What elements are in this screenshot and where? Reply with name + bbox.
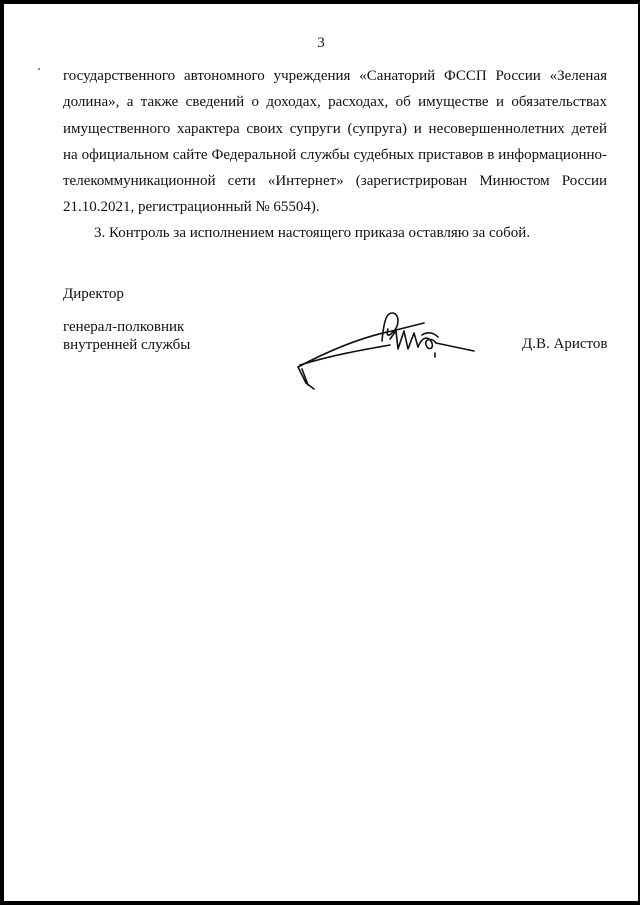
body-line-5: телекоммуникационной сети «Интернет» (за… [63, 172, 607, 190]
signature-rank-line-1: генерал-полковник [63, 318, 184, 336]
body-line-4: на официальном сайте Федеральной службы … [63, 146, 607, 164]
page-number: 3 [4, 35, 638, 52]
signatory-name: Д.В. Аристов [522, 336, 607, 353]
scan-speck [38, 68, 40, 70]
signature-rank-line-2: внутренней службы [63, 336, 190, 354]
body-line-1: государственного автономного учреждения … [63, 67, 607, 85]
body-line-3: имущественного характера своих супруги (… [63, 120, 607, 138]
body-line-2: долина», а также сведений о доходах, рас… [63, 93, 607, 111]
signature-position: Директор [63, 285, 124, 303]
document-page: 3 государственного автономного учреждени… [4, 4, 638, 901]
handwritten-signature-icon [292, 309, 482, 394]
body-line-6: 21.10.2021, регистрационный № 65504). [63, 198, 320, 216]
paragraph-3: 3. Контроль за исполнением настоящего пр… [94, 224, 530, 242]
